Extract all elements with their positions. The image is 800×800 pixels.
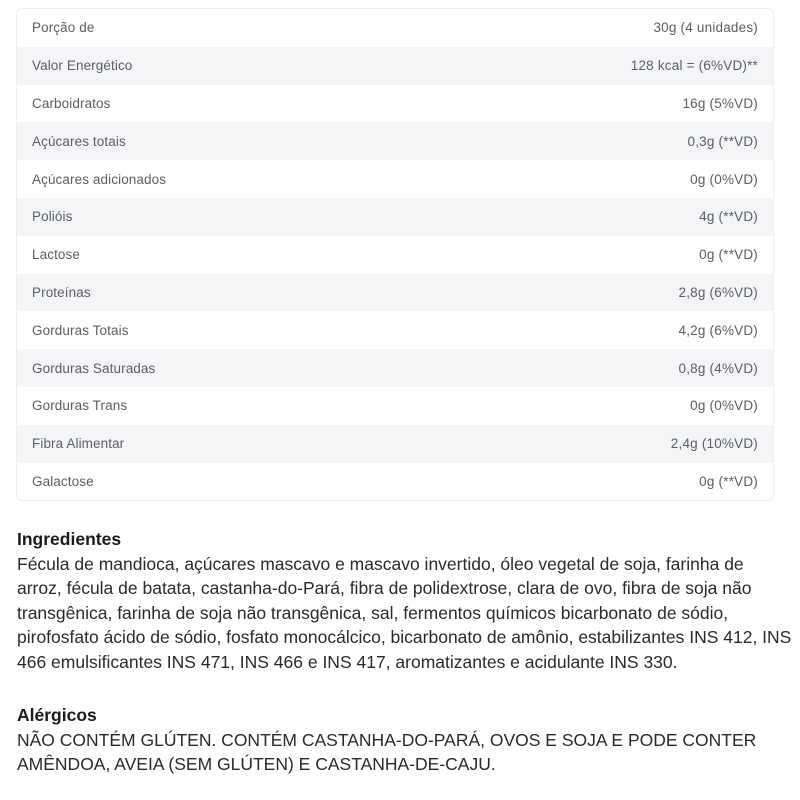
nutrient-label: Fibra Alimentar bbox=[32, 436, 124, 451]
nutrient-label: Galactose bbox=[32, 474, 94, 489]
nutrient-value: 16g (5%VD) bbox=[682, 96, 758, 111]
nutrient-value: 0g (0%VD) bbox=[690, 398, 758, 413]
nutrient-label: Gorduras Saturadas bbox=[32, 361, 155, 376]
nutrient-label: Porção de bbox=[32, 20, 94, 35]
nutrient-label: Gorduras Totais bbox=[32, 323, 129, 338]
nutrient-label: Lactose bbox=[32, 247, 80, 262]
nutrient-value: 2,8g (6%VD) bbox=[679, 285, 758, 300]
nutrition-row-added-sugars: Açúcares adicionados 0g (0%VD) bbox=[17, 160, 773, 198]
nutrient-value: 2,4g (10%VD) bbox=[671, 436, 758, 451]
nutrition-row-dietary-fiber: Fibra Alimentar 2,4g (10%VD) bbox=[17, 425, 773, 463]
nutrient-value: 4g (**VD) bbox=[699, 209, 758, 224]
nutrition-row-proteins: Proteínas 2,8g (6%VD) bbox=[17, 274, 773, 312]
ingredients-section: Ingredientes Fécula de mandioca, açúcare… bbox=[17, 527, 792, 674]
allergens-section: Alérgicos NÃO CONTÉM GLÚTEN. CONTÉM CAST… bbox=[17, 703, 792, 777]
nutrient-label: Carboidratos bbox=[32, 96, 111, 111]
nutrient-value: 0g (**VD) bbox=[699, 474, 758, 489]
ingredients-title: Ingredientes bbox=[17, 527, 792, 552]
nutrition-row-galactose: Galactose 0g (**VD) bbox=[17, 463, 773, 501]
nutrient-value: 128 kcal = (6%VD)** bbox=[631, 58, 758, 73]
nutrient-value: 0,3g (**VD) bbox=[688, 134, 758, 149]
nutrition-table: Porção de 30g (4 unidades) Valor Energét… bbox=[16, 8, 774, 501]
nutrient-label: Açúcares adicionados bbox=[32, 172, 166, 187]
nutrition-row-saturated-fat: Gorduras Saturadas 0,8g (4%VD) bbox=[17, 349, 773, 387]
nutrient-label: Açúcares totais bbox=[32, 134, 126, 149]
nutrition-row-total-sugars: Açúcares totais 0,3g (**VD) bbox=[17, 122, 773, 160]
nutrition-row-lactose: Lactose 0g (**VD) bbox=[17, 236, 773, 274]
nutrition-row-polyols: Polióis 4g (**VD) bbox=[17, 198, 773, 236]
nutrient-value: 0g (**VD) bbox=[699, 247, 758, 262]
nutrient-value: 30g (4 unidades) bbox=[653, 20, 758, 35]
nutrient-label: Proteínas bbox=[32, 285, 91, 300]
allergens-text: NÃO CONTÉM GLÚTEN. CONTÉM CASTANHA-DO-PA… bbox=[17, 728, 792, 777]
allergens-title: Alérgicos bbox=[17, 703, 792, 728]
nutrient-label: Polióis bbox=[32, 209, 72, 224]
nutrition-row-trans-fat: Gorduras Trans 0g (0%VD) bbox=[17, 387, 773, 425]
nutrition-row-serving: Porção de 30g (4 unidades) bbox=[17, 9, 773, 47]
nutrition-row-carbohydrates: Carboidratos 16g (5%VD) bbox=[17, 85, 773, 123]
nutrient-value: 4,2g (6%VD) bbox=[679, 323, 758, 338]
nutrition-row-total-fat: Gorduras Totais 4,2g (6%VD) bbox=[17, 311, 773, 349]
nutrition-row-energy: Valor Energético 128 kcal = (6%VD)** bbox=[17, 47, 773, 85]
nutrient-value: 0g (0%VD) bbox=[690, 172, 758, 187]
ingredients-text: Fécula de mandioca, açúcares mascavo e m… bbox=[17, 552, 792, 675]
nutrient-value: 0,8g (4%VD) bbox=[679, 361, 758, 376]
nutrient-label: Valor Energético bbox=[32, 58, 132, 73]
nutrient-label: Gorduras Trans bbox=[32, 398, 127, 413]
